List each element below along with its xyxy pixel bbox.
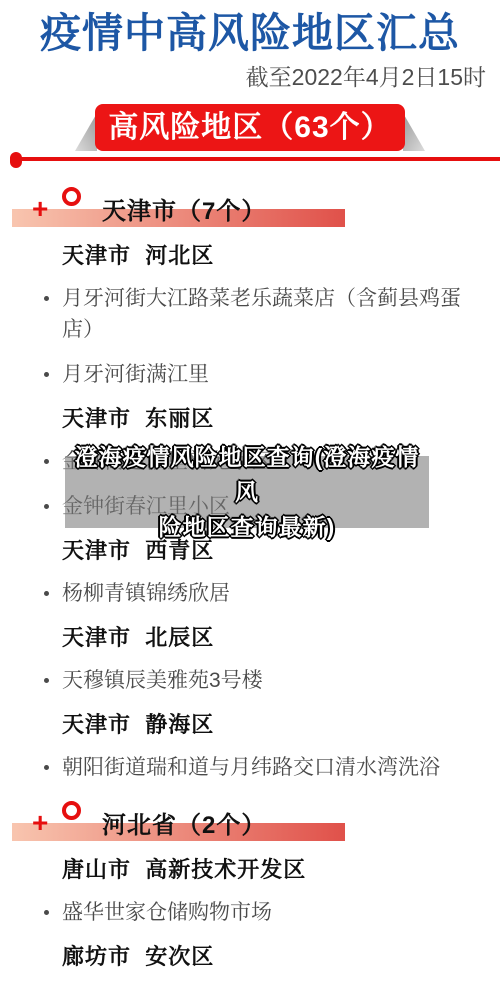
risk-area-text: 天穆镇辰美雅苑3号楼 [62,665,263,696]
district-list: 唐山市 高新技术开发区 盛华世家仓储购物市场 廊坊市 安次区 [0,857,500,970]
watermark-overlay: 澄海疫情风险地区查询(澄海疫情风 险地区查询最新) [65,456,429,528]
plus-icon: + [32,195,48,223]
list-item: 朝阳街道瑞和道与月纬路交口清水湾洗浴 [44,752,464,783]
district-group: 天津市 西青区 杨柳青镇锦绣欣居 [0,538,500,609]
risk-banner-label: 高风险地区（63个） [95,104,405,151]
district-name: 天津市 北辰区 [62,625,500,651]
risk-area-text: 杨柳青镇锦绣欣居 [62,578,230,609]
watermark-text-line1: 澄海疫情风险地区查询(澄海疫情风 [65,440,429,510]
as-of-date: 截至2022年4月2日15时 [0,63,500,92]
province-header: + 河北省（2个） [0,797,500,841]
risk-banner: 高风险地区（63个） [95,104,405,151]
bullet-icon [44,678,49,683]
district-group: 廊坊市 安次区 [0,944,500,970]
district-group: 唐山市 高新技术开发区 盛华世家仓储购物市场 [0,857,500,928]
list-item: 天穆镇辰美雅苑3号楼 [44,665,464,696]
province-header: + 天津市（7个） [0,183,500,227]
bullet-icon [44,504,49,509]
bullet-icon [44,910,49,915]
list-item: 月牙河街大江路菜老乐蔬菜店（含蓟县鸡蛋店） [44,283,464,345]
district-name: 天津市 静海区 [62,712,500,738]
province-title: 天津市（7个） [102,191,266,226]
watermark-text-line2: 险地区查询最新) [159,510,336,545]
province-title: 河北省（2个） [102,805,266,840]
district-items: 天穆镇辰美雅苑3号楼 [0,665,500,696]
list-item: 杨柳青镇锦绣欣居 [44,578,464,609]
plus-icon: + [32,809,48,837]
list-item: 月牙河街满江里 [44,359,464,390]
district-group: 天津市 静海区 朝阳街道瑞和道与月纬路交口清水湾洗浴 [0,712,500,783]
timeline-line [17,157,500,161]
district-items: 月牙河街大江路菜老乐蔬菜店（含蓟县鸡蛋店） 月牙河街满江里 [0,283,500,390]
risk-area-text: 朝阳街道瑞和道与月纬路交口清水湾洗浴 [62,752,440,783]
bullet-icon [44,591,49,596]
district-name: 廊坊市 安次区 [62,944,500,970]
bullet-icon [44,765,49,770]
district-name: 唐山市 高新技术开发区 [62,857,500,883]
circle-icon [62,187,81,206]
district-items: 朝阳街道瑞和道与月纬路交口清水湾洗浴 [0,752,500,783]
page-title: 疫情中高风险地区汇总 [0,0,500,59]
district-name: 天津市 东丽区 [62,406,500,432]
bullet-icon [44,459,49,464]
district-group: 天津市 北辰区 天穆镇辰美雅苑3号楼 [0,625,500,696]
district-items: 盛华世家仓储购物市场 [0,897,500,928]
list-item: 盛华世家仓储购物市场 [44,897,464,928]
timeline [0,151,500,169]
ribbon-fold-right-icon [403,113,425,151]
risk-area-text: 月牙河街满江里 [62,359,209,390]
bullet-icon [44,296,49,301]
district-items: 杨柳青镇锦绣欣居 [0,578,500,609]
province-section: + 河北省（2个） 唐山市 高新技术开发区 盛华世家仓储购物市场 廊坊市 安次区 [0,797,500,970]
ribbon-fold-left-icon [75,113,97,151]
bullet-icon [44,372,49,377]
risk-area-text: 月牙河街大江路菜老乐蔬菜店（含蓟县鸡蛋店） [62,283,464,345]
poster: 疫情中高风险地区汇总 截至2022年4月2日15时 高风险地区（63个） + 天… [0,0,500,981]
risk-area-list: + 天津市（7个） 天津市 河北区 月牙河街大江路菜老乐蔬菜店（含蓟县鸡蛋店） … [0,183,500,970]
circle-icon [62,801,81,820]
district-name: 天津市 河北区 [62,243,500,269]
district-group: 天津市 河北区 月牙河街大江路菜老乐蔬菜店（含蓟县鸡蛋店） 月牙河街满江里 [0,243,500,390]
risk-area-text: 盛华世家仓储购物市场 [62,897,272,928]
